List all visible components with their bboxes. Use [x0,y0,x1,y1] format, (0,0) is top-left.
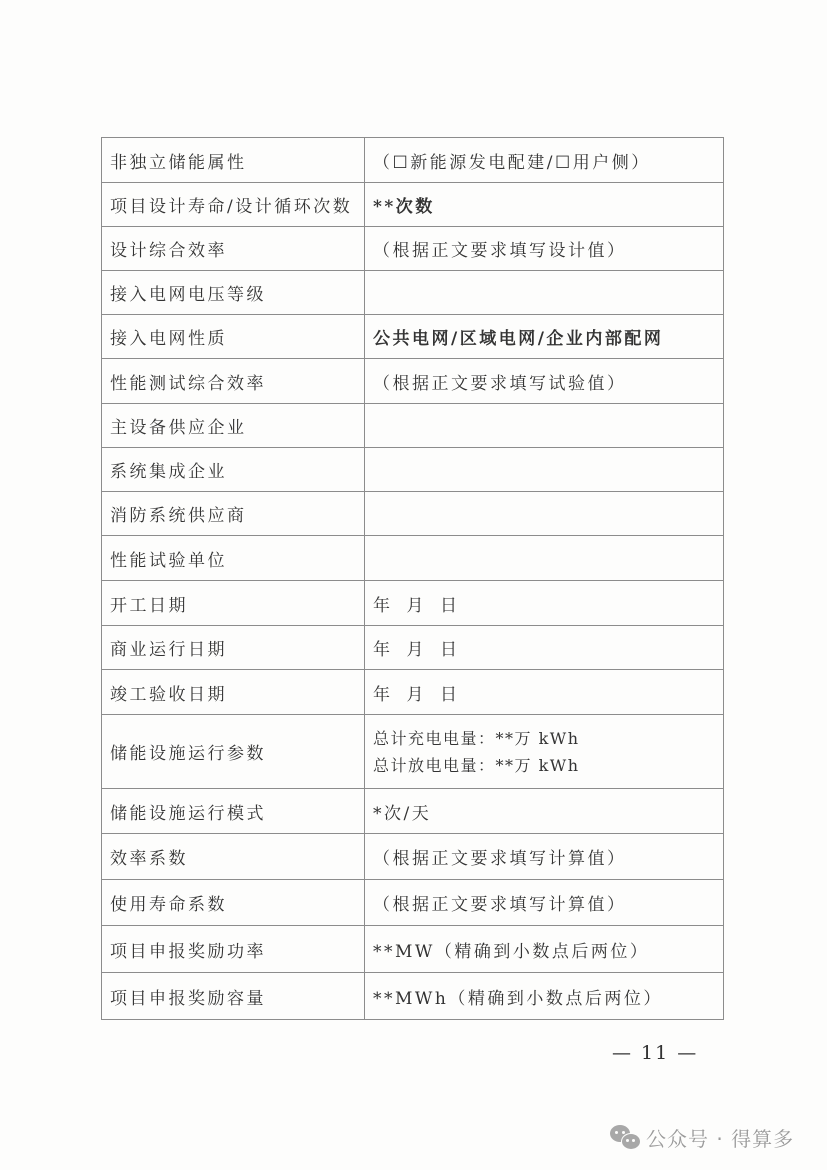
watermark-text: 公众号 · 得算多 [646,1123,794,1152]
field-value[interactable]: （根据正文要求填写试验值） [365,359,724,404]
field-value[interactable] [365,536,724,581]
date-part: 年 [373,596,393,616]
table-row: 主设备供应企业 [102,404,724,448]
field-label: 项目申报奖励功率 [102,926,365,973]
field-value[interactable]: （☐新能源发电配建/☐用户侧） [365,138,724,183]
date-part: 年 [373,685,393,705]
field-value[interactable]: 年月日 [365,670,724,715]
field-label: 使用寿命系数 [102,880,365,926]
table-row: 竣工验收日期年月日 [102,670,724,715]
table-row: 储能设施运行模式*次/天 [102,789,724,834]
table-row: 商业运行日期年月日 [102,626,724,670]
field-label: 接入电网电压等级 [102,271,365,315]
field-label: 设计综合效率 [102,227,365,271]
field-value[interactable]: **次数 [365,183,724,227]
field-value[interactable]: **MWh（精确到小数点后两位） [365,973,724,1020]
field-label: 效率系数 [102,834,365,880]
date-part: 月 [407,640,427,660]
watermark: 公众号 · 得算多 [610,1123,794,1152]
field-label: 性能测试综合效率 [102,359,365,404]
table-row: 系统集成企业 [102,448,724,492]
field-value[interactable] [365,404,724,448]
table-row: 性能测试综合效率（根据正文要求填写试验值） [102,359,724,404]
table-row: 性能试验单位 [102,536,724,581]
date-part: 年 [373,640,393,660]
field-label: 储能设施运行参数 [102,715,365,789]
table-row: 项目申报奖励功率**MW（精确到小数点后两位） [102,926,724,973]
field-value[interactable]: 年月日 [365,626,724,670]
document-page: 非独立储能属性（☐新能源发电配建/☐用户侧）项目设计寿命/设计循环次数**次数设… [0,0,827,1170]
table-row: 项目申报奖励容量**MWh（精确到小数点后两位） [102,973,724,1020]
table-row: 接入电网电压等级 [102,271,724,315]
field-label: 项目设计寿命/设计循环次数 [102,183,365,227]
page-number: — 11 — [612,1042,698,1064]
field-value[interactable]: （根据正文要求填写计算值） [365,880,724,926]
field-value[interactable]: *次/天 [365,789,724,834]
field-label: 性能试验单位 [102,536,365,581]
field-value[interactable]: （根据正文要求填写设计值） [365,227,724,271]
value-line: 总计放电电量：**万 kWh [373,752,723,779]
field-label: 商业运行日期 [102,626,365,670]
wechat-icon [610,1125,640,1151]
date-part: 月 [407,596,427,616]
field-label: 消防系统供应商 [102,492,365,536]
field-value[interactable]: 年月日 [365,581,724,626]
table-row: 消防系统供应商 [102,492,724,536]
field-value[interactable]: **MW（精确到小数点后两位） [365,926,724,973]
field-value[interactable] [365,448,724,492]
field-label: 项目申报奖励容量 [102,973,365,1020]
table-row: 设计综合效率（根据正文要求填写设计值） [102,227,724,271]
table-row: 使用寿命系数（根据正文要求填写计算值） [102,880,724,926]
field-value[interactable]: 公共电网/区域电网/企业内部配网 [365,315,724,359]
field-label: 系统集成企业 [102,448,365,492]
date-part: 日 [440,596,460,616]
field-value[interactable]: 总计充电电量：**万 kWh总计放电电量：**万 kWh [365,715,724,789]
date-part: 日 [440,685,460,705]
field-label: 开工日期 [102,581,365,626]
table-row: 项目设计寿命/设计循环次数**次数 [102,183,724,227]
table-row: 开工日期年月日 [102,581,724,626]
table-row: 效率系数（根据正文要求填写计算值） [102,834,724,880]
table-row: 非独立储能属性（☐新能源发电配建/☐用户侧） [102,138,724,183]
field-label: 竣工验收日期 [102,670,365,715]
field-label: 主设备供应企业 [102,404,365,448]
table-row: 储能设施运行参数总计充电电量：**万 kWh总计放电电量：**万 kWh [102,715,724,789]
date-part: 月 [407,685,427,705]
project-info-table: 非独立储能属性（☐新能源发电配建/☐用户侧）项目设计寿命/设计循环次数**次数设… [101,137,724,1020]
field-value[interactable] [365,492,724,536]
table-row: 接入电网性质公共电网/区域电网/企业内部配网 [102,315,724,359]
field-label: 接入电网性质 [102,315,365,359]
field-label: 储能设施运行模式 [102,789,365,834]
value-line: 总计充电电量：**万 kWh [373,725,723,752]
date-part: 日 [440,640,460,660]
field-value[interactable] [365,271,724,315]
field-label: 非独立储能属性 [102,138,365,183]
field-value[interactable]: （根据正文要求填写计算值） [365,834,724,880]
